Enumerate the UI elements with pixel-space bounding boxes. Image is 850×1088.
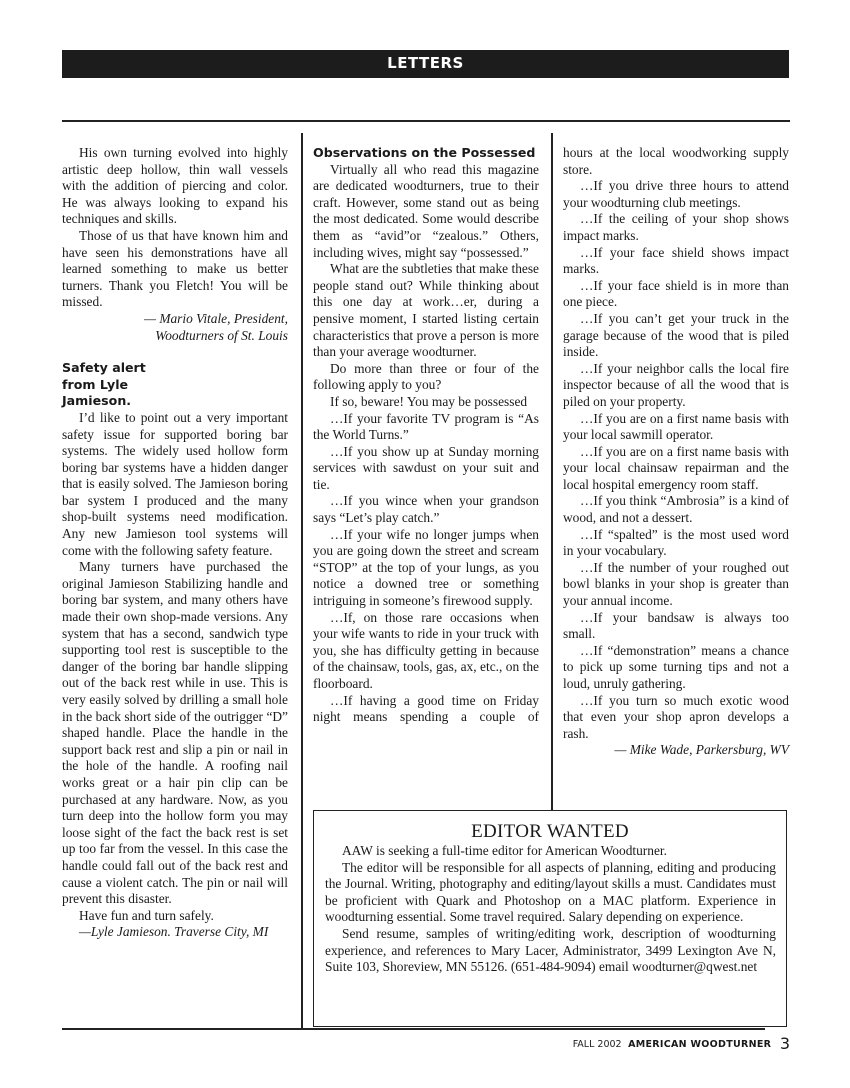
list-item: …If having a good time on Friday night m… (313, 693, 539, 726)
letter-paragraph: I’d like to point out a very important s… (62, 410, 288, 559)
letter-paragraph: What are the subtleties that make these … (313, 261, 539, 361)
page-number: 3 (780, 1034, 790, 1053)
letter-paragraph: Many turners have purchased the original… (62, 559, 288, 907)
letter-paragraph: His own turning evolved into highly arti… (62, 145, 288, 228)
section-header-bar: LETTERS (62, 50, 789, 78)
list-item: …If your favorite TV program is “As the … (313, 411, 539, 444)
issue-label: FALL 2002 (573, 1039, 622, 1050)
list-item: …If your face shield shows impact marks. (563, 245, 789, 278)
letter-paragraph: Have fun and turn safely. (62, 908, 288, 925)
column-3: hours at the local woodworking supply st… (563, 145, 789, 759)
signature-line: —Lyle Jamieson. Traverse City, MI (62, 924, 288, 941)
list-item: …If your face shield is in more than one… (563, 278, 789, 311)
list-item: …If you are on a first name basis with y… (563, 444, 789, 494)
editor-paragraph: AAW is seeking a full-time editor for Am… (325, 843, 776, 860)
bottom-rule (62, 1028, 765, 1030)
list-item: …If you can’t get your truck in the gara… (563, 311, 789, 361)
editor-paragraph: Send resume, samples of writing/editing … (325, 926, 776, 976)
list-item: …If “demonstration” means a chance to pi… (563, 643, 789, 693)
section-title: LETTERS (62, 54, 789, 72)
list-item: …If you show up at Sunday morning servic… (313, 444, 539, 494)
signature-line: Woodturners of St. Louis (62, 328, 288, 345)
list-item: …If you turn so much exotic wood that ev… (563, 693, 789, 743)
letter-heading: Observations on the Possessed (313, 145, 539, 162)
magazine-name: AMERICAN WOODTURNER (628, 1039, 771, 1050)
letter-paragraph: Those of us that have known him and have… (62, 228, 288, 311)
list-item: …If your neighbor calls the local fire i… (563, 361, 789, 411)
column-divider-1 (301, 133, 303, 1029)
list-item: …If the ceiling of your shop shows impac… (563, 211, 789, 244)
list-item: …If you drive three hours to attend your… (563, 178, 789, 211)
signature-line: — Mario Vitale, President, (62, 311, 288, 328)
list-item: …If the number of your roughed out bowl … (563, 560, 789, 610)
editor-wanted-box: EDITOR WANTED AAW is seeking a full-time… (313, 810, 787, 1027)
list-item: …If “spalted” is the most used word in y… (563, 527, 789, 560)
list-item: …If you think “Ambrosia” is a kind of wo… (563, 493, 789, 526)
continuation-paragraph: hours at the local woodworking supply st… (563, 145, 789, 178)
letter-paragraph: Virtually all who read this magazine are… (313, 162, 539, 262)
column-divider-2 (551, 133, 553, 810)
editor-paragraph: The editor will be responsible for all a… (325, 860, 776, 926)
letter-paragraph: Do more than three or four of the follow… (313, 361, 539, 394)
editor-wanted-title: EDITOR WANTED (314, 821, 786, 843)
signature-line: — Mike Wade, Parkersburg, WV (563, 742, 789, 759)
letter-heading: Safety alert from Lyle Jamieson. (62, 360, 172, 410)
top-rule (62, 120, 790, 122)
list-item: …If your bandsaw is always too small. (563, 610, 789, 643)
column-1: His own turning evolved into highly arti… (62, 145, 288, 941)
letter-paragraph: If so, beware! You may be possessed (313, 394, 539, 411)
list-item: …If you are on a first name basis with y… (563, 411, 789, 444)
column-2: Observations on the Possessed Virtually … (313, 145, 539, 726)
page-footer: FALL 2002 AMERICAN WOODTURNER 3 (573, 1034, 790, 1053)
list-item: …If, on those rare occasions when your w… (313, 610, 539, 693)
editor-wanted-body: AAW is seeking a full-time editor for Am… (314, 843, 786, 976)
list-item: …If your wife no longer jumps when you a… (313, 527, 539, 610)
list-item: …If you wince when your grandson says “L… (313, 493, 539, 526)
